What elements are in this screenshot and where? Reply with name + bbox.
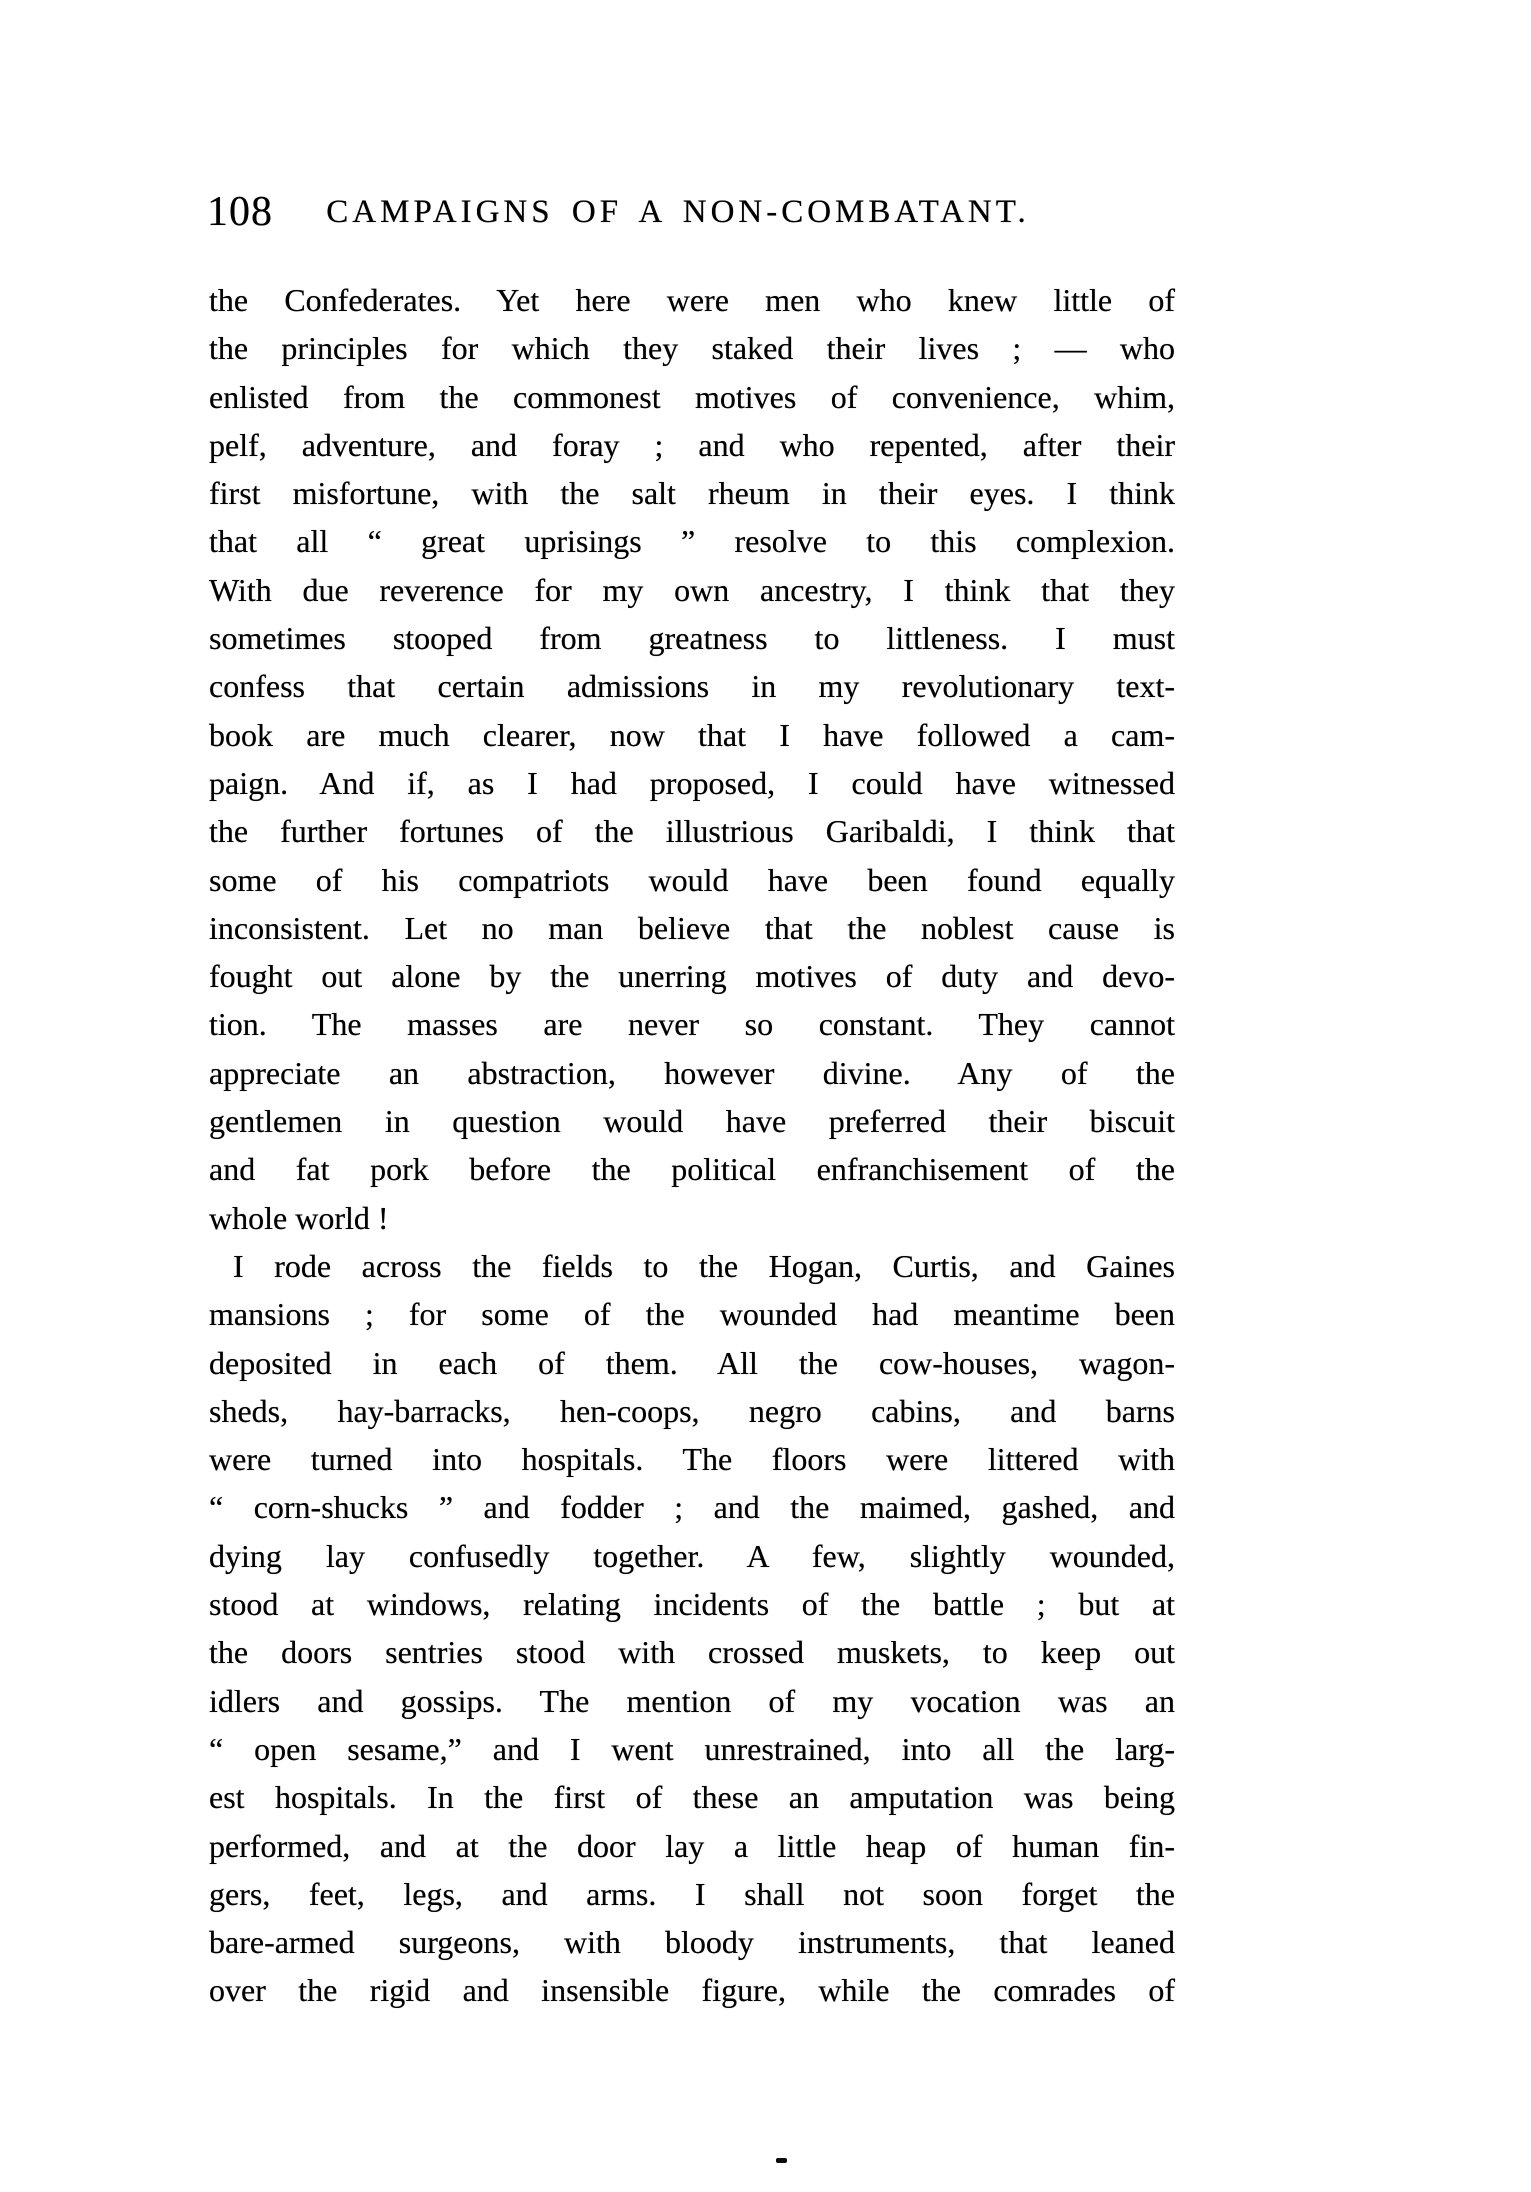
text-line: some of his compatriots would have been … bbox=[209, 856, 1175, 904]
running-title: CAMPAIGNS OF A NON-COMBATANT. bbox=[195, 188, 1161, 236]
scan-artifact-speck bbox=[776, 2158, 787, 2163]
text-line: inconsistent. Let no man believe that th… bbox=[209, 904, 1175, 952]
text-line: gers, feet, legs, and arms. I shall not … bbox=[209, 1870, 1175, 1918]
text-line: sometimes stooped from greatness to litt… bbox=[209, 614, 1175, 662]
text-line: and fat pork before the political enfran… bbox=[209, 1145, 1175, 1193]
text-line: idlers and gossips. The mention of my vo… bbox=[209, 1677, 1175, 1725]
text-line: I rode across the fields to the Hogan, C… bbox=[209, 1242, 1175, 1290]
text-line: gentlemen in question would have preferr… bbox=[209, 1097, 1175, 1145]
book-page-scan: 108 CAMPAIGNS OF A NON-COMBATANT. the Co… bbox=[0, 0, 1531, 2192]
text-line: deposited in each of them. All the cow-h… bbox=[209, 1339, 1175, 1387]
text-line: fought out alone by the unerring motives… bbox=[209, 952, 1175, 1000]
text-line: appreciate an abstraction, however divin… bbox=[209, 1049, 1175, 1097]
text-line: tion. The masses are never so constant. … bbox=[209, 1000, 1175, 1048]
text-line: whole world ! bbox=[209, 1194, 1175, 1242]
text-line: confess that certain admissions in my re… bbox=[209, 662, 1175, 710]
text-line: With due reverence for my own ancestry, … bbox=[209, 566, 1175, 614]
text-line: enlisted from the commonest motives of c… bbox=[209, 373, 1175, 421]
text-line: the principles for which they staked the… bbox=[209, 324, 1175, 372]
text-line: dying lay confusedly together. A few, sl… bbox=[209, 1532, 1175, 1580]
page-header: 108 CAMPAIGNS OF A NON-COMBATANT. bbox=[209, 188, 1175, 236]
text-line: est hospitals. In the first of these an … bbox=[209, 1773, 1175, 1821]
text-line: first misfortune, with the salt rheum in… bbox=[209, 469, 1175, 517]
text-line: performed, and at the door lay a little … bbox=[209, 1822, 1175, 1870]
text-line: “ corn-shucks ” and fodder ; and the mai… bbox=[209, 1483, 1175, 1531]
text-line: bare-armed surgeons, with bloody instrum… bbox=[209, 1918, 1175, 1966]
text-line: the Confederates. Yet here were men who … bbox=[209, 276, 1175, 324]
text-line: the doors sentries stood with crossed mu… bbox=[209, 1628, 1175, 1676]
text-line: stood at windows, relating incidents of … bbox=[209, 1580, 1175, 1628]
text-line: book are much clearer, now that I have f… bbox=[209, 711, 1175, 759]
page-body-text: the Confederates. Yet here were men who … bbox=[209, 276, 1175, 2015]
text-line: “ open sesame,” and I went unrestrained,… bbox=[209, 1725, 1175, 1773]
text-line: pelf, adventure, and foray ; and who rep… bbox=[209, 421, 1175, 469]
text-line: the further fortunes of the illustrious … bbox=[209, 807, 1175, 855]
text-line: that all “ great uprisings ” resolve to … bbox=[209, 517, 1175, 565]
text-line: sheds, hay-barracks, hen-coops, negro ca… bbox=[209, 1387, 1175, 1435]
text-line: were turned into hospitals. The floors w… bbox=[209, 1435, 1175, 1483]
text-line: over the rigid and insensible figure, wh… bbox=[209, 1966, 1175, 2014]
text-line: paign. And if, as I had proposed, I coul… bbox=[209, 759, 1175, 807]
text-line: mansions ; for some of the wounded had m… bbox=[209, 1290, 1175, 1338]
